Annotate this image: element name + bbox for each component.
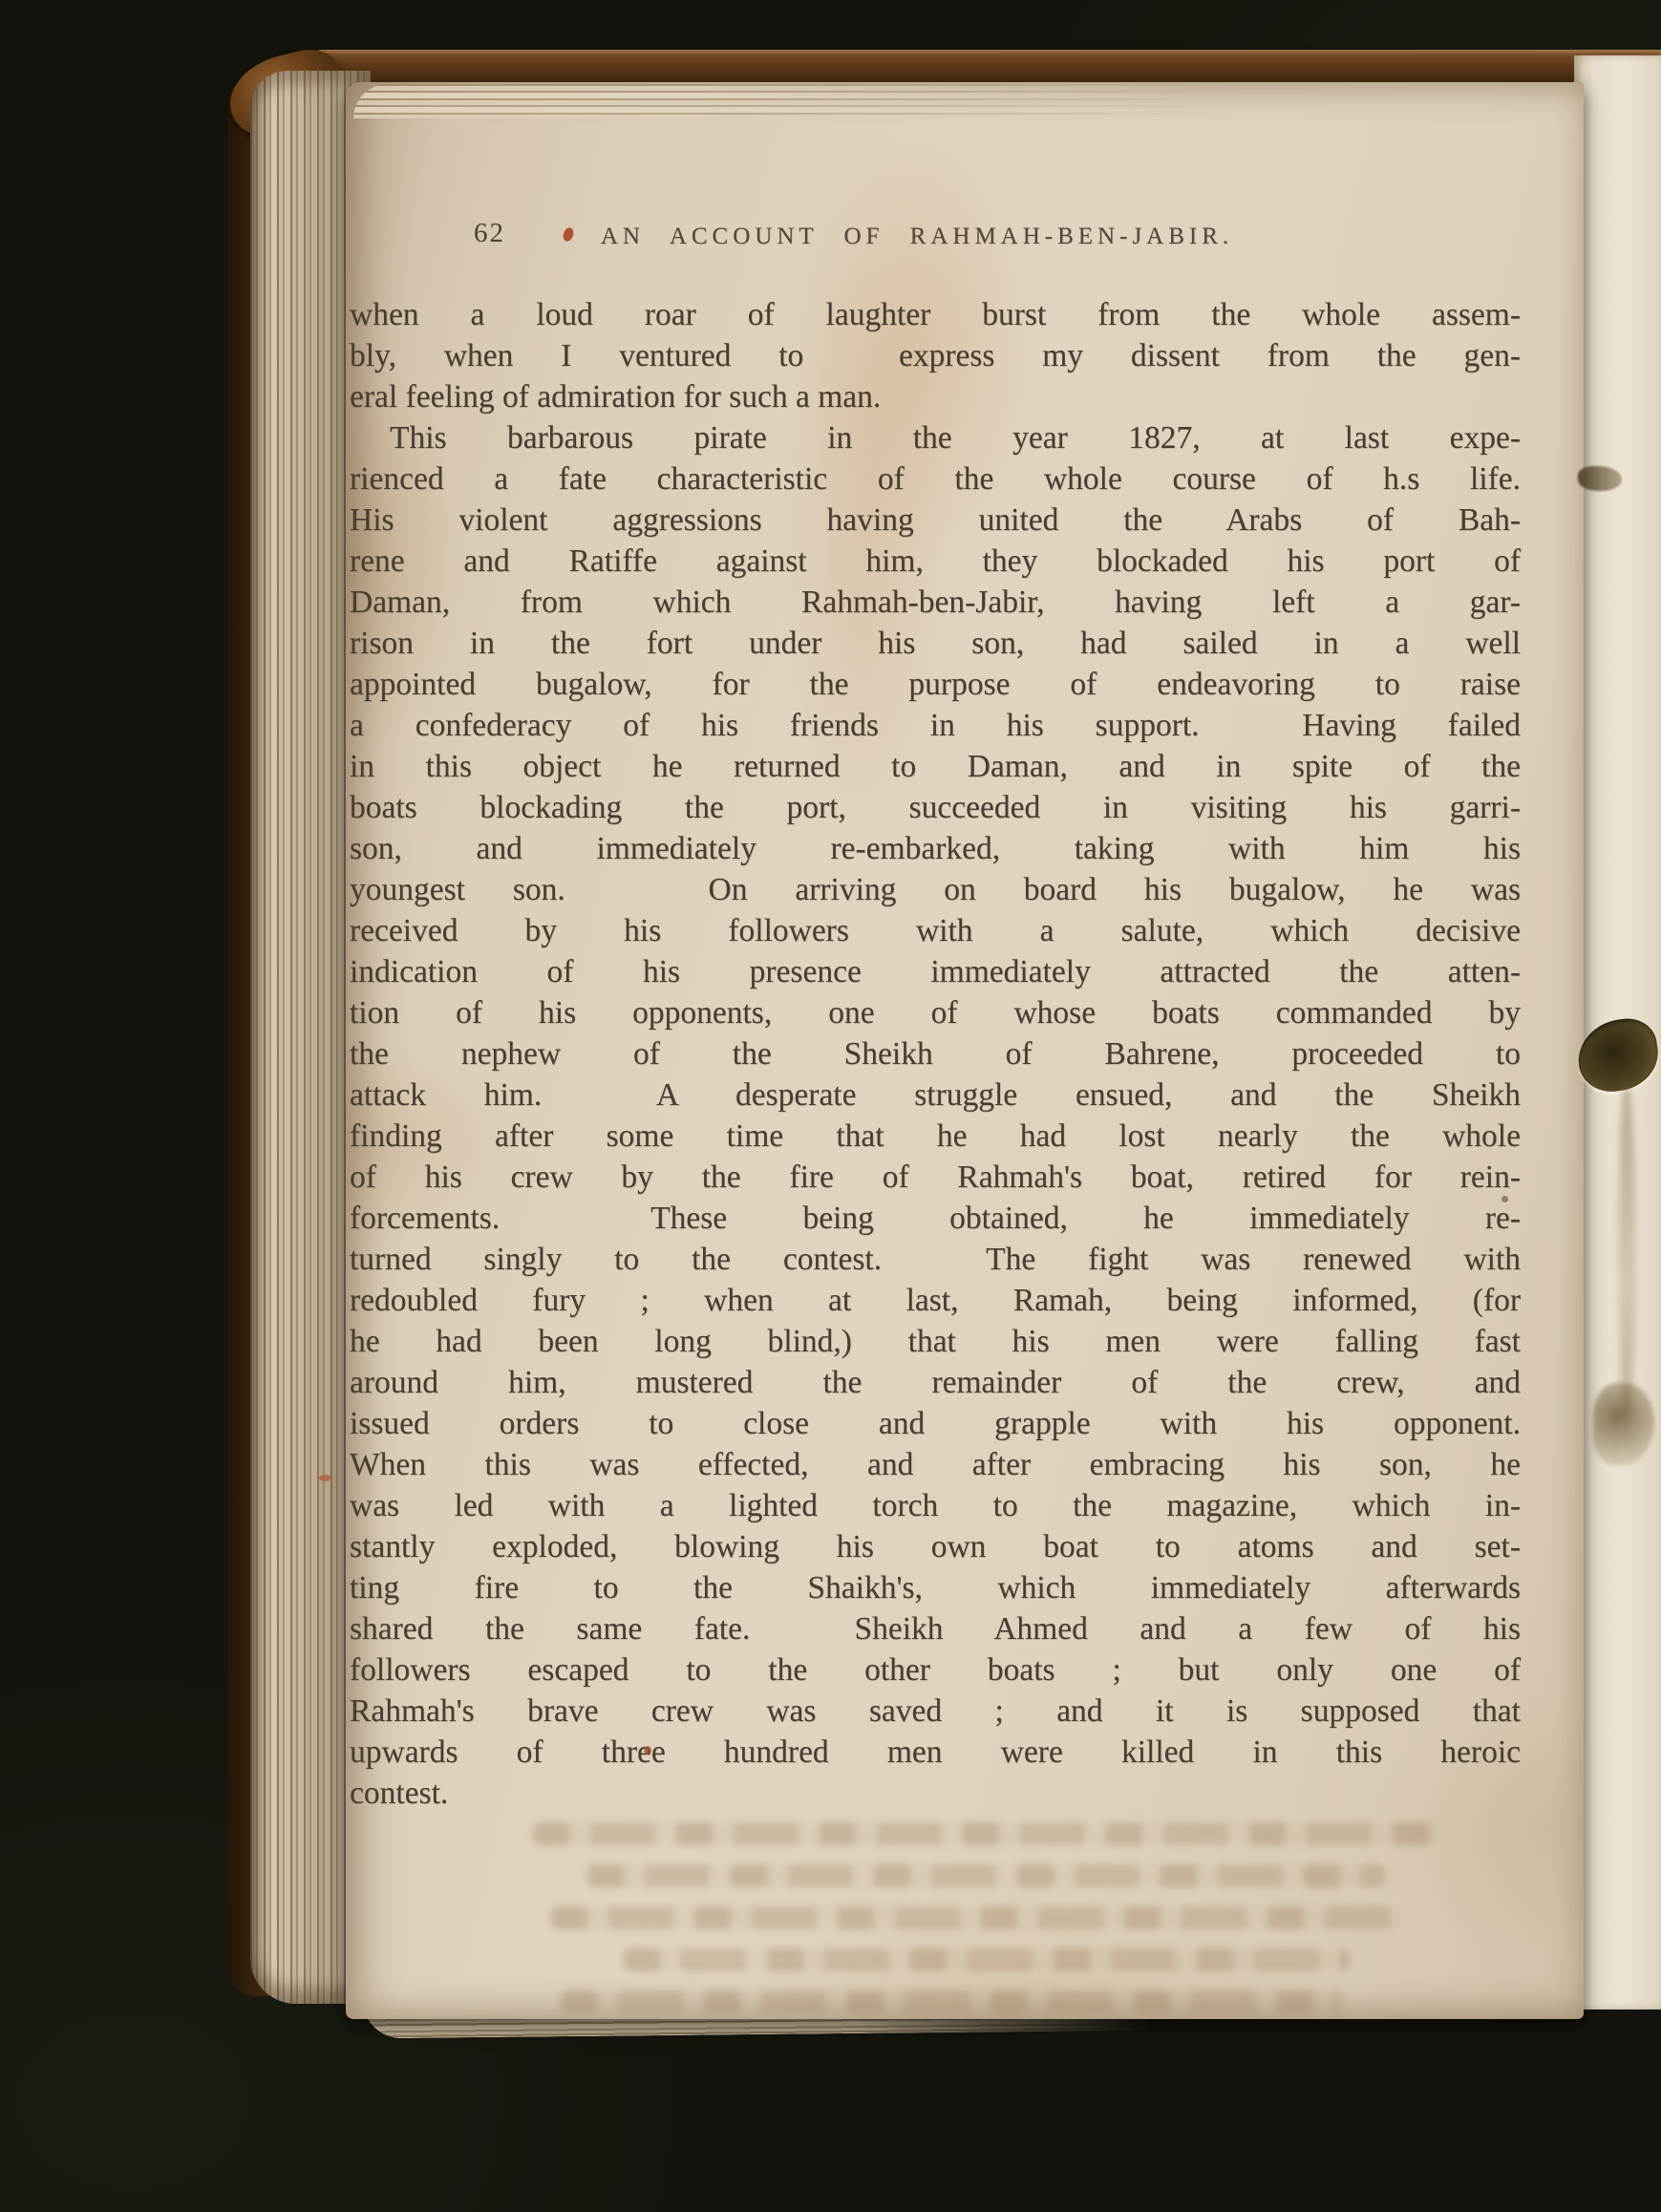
text-line: rienced a fate characteristic of the who… <box>350 458 1521 500</box>
book-photograph: 62 AN ACCOUNT OF RAHMAH-BEN-JABIR. when … <box>0 0 1661 2212</box>
body-text: when a loud roar of laughter burst from … <box>350 294 1521 1814</box>
text-line: son, and immediately re-embarked, taking… <box>350 828 1521 869</box>
text-line: upwards of three hundred men were killed… <box>350 1732 1521 1773</box>
bleedthrough-line <box>561 1990 1341 2013</box>
paper-speck <box>1501 1196 1508 1202</box>
text-line: His violent aggressions having united th… <box>350 500 1521 541</box>
text-line: bly, when I ventured to express my disse… <box>350 335 1521 376</box>
text-line: around him, mustered the remainder of th… <box>350 1362 1521 1403</box>
text-line: he had been long blind,) that his men we… <box>350 1321 1521 1362</box>
text-line: Rahmah's brave crew was saved ; and it i… <box>350 1691 1521 1732</box>
bleedthrough-line <box>587 1864 1386 1887</box>
bleedthrough-line <box>551 1906 1404 1929</box>
book-page: 62 AN ACCOUNT OF RAHMAH-BEN-JABIR. when … <box>346 82 1584 2019</box>
text-line: redoubled fury ; when at last, Ramah, be… <box>350 1280 1521 1321</box>
text-line: followers escaped to the other boats ; b… <box>350 1649 1521 1691</box>
text-line: indication of his presence immediately a… <box>350 951 1521 992</box>
text-line: stantly exploded, blowing his own boat t… <box>350 1526 1521 1567</box>
paper-speck <box>644 1746 651 1755</box>
text-line: ting fire to the Shaikh's, which immedia… <box>350 1567 1521 1608</box>
text-line: forcements. These being obtained, he imm… <box>350 1198 1521 1239</box>
text-line: when a loud roar of laughter burst from … <box>350 294 1521 335</box>
text-line: contest. <box>350 1773 1521 1814</box>
text-line: attack him. A desperate struggle ensued,… <box>350 1074 1521 1116</box>
text-line: in this object he returned to Daman, and… <box>350 746 1521 787</box>
text-line: youngest son. On arriving on board his b… <box>350 869 1521 910</box>
text-line: shared the same fate. Sheikh Ahmed and a… <box>350 1608 1521 1649</box>
running-title: AN ACCOUNT OF RAHMAH-BEN-JABIR. <box>298 223 1536 250</box>
page-top-edges <box>353 84 1576 118</box>
text-line: received by his followers with a salute,… <box>350 910 1521 951</box>
text-line: of his crew by the fire of Rahmah's boat… <box>350 1157 1521 1198</box>
text-line: turned singly to the contest. The fight … <box>350 1239 1521 1280</box>
text-line: finding after some time that he had lost… <box>350 1116 1521 1157</box>
text-line: This barbarous pirate in the year 1827, … <box>350 417 1521 458</box>
text-line: When this was effected, and after embrac… <box>350 1444 1521 1485</box>
text-line: Daman, from which Rahmah-ben-Jabir, havi… <box>350 582 1521 623</box>
text-line: a confederacy of his friends in his supp… <box>350 705 1521 746</box>
text-line: tion of his opponents, one of whose boat… <box>350 992 1521 1033</box>
text-line: was led with a lighted torch to the maga… <box>350 1485 1521 1526</box>
text-line: eral feeling of admiration for such a ma… <box>350 376 1521 417</box>
text-line: issued orders to close and grapple with … <box>350 1403 1521 1444</box>
torn-paper-crease <box>1618 1079 1635 1423</box>
paper-speck <box>319 1475 331 1481</box>
text-line: boats blockading the port, succeeded in … <box>350 787 1521 828</box>
text-line: rene and Ratiffe against him, they block… <box>350 541 1521 582</box>
bleedthrough-line <box>533 1822 1440 1845</box>
ink-bleedthrough <box>533 1822 1440 2032</box>
text-line: appointed bugalow, for the purpose of en… <box>350 664 1521 705</box>
torn-paper-notch <box>1578 466 1622 491</box>
text-line: the nephew of the Sheikh of Bahrene, pro… <box>350 1033 1521 1074</box>
text-line: rison in the fort under his son, had sai… <box>350 623 1521 664</box>
bleedthrough-line <box>624 1948 1350 1971</box>
